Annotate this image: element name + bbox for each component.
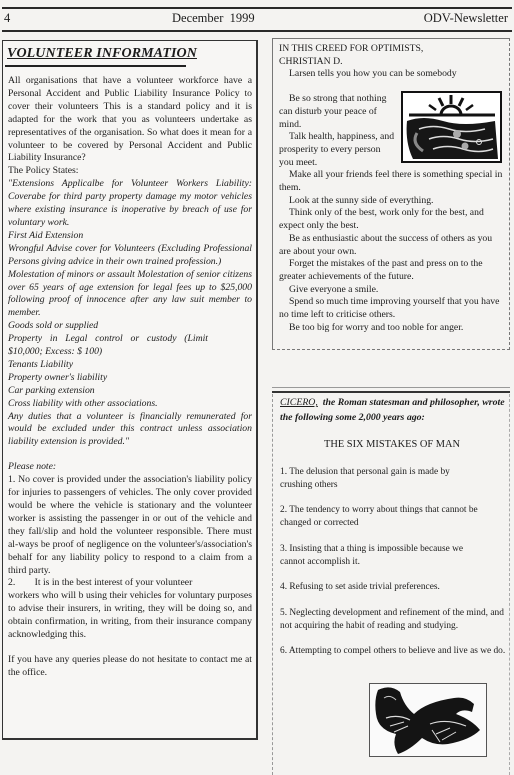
header-top-rule	[2, 7, 512, 9]
six-mistakes-title: THE SIX MISTAKES OF MAN	[273, 439, 511, 450]
header-bottom-rule	[2, 30, 512, 32]
list-item: 5. Neglecting development and refinement…	[280, 607, 505, 632]
section-divider-thin	[272, 387, 510, 388]
mistakes-list: 1. The delusion that personal gain is ma…	[280, 466, 508, 671]
please-note-label: Please note:	[8, 461, 252, 474]
sun-waves-clipart-icon	[401, 91, 502, 163]
list-item: 4. Refusing to set aside trivial prefere…	[280, 581, 508, 594]
intro-paragraph: All organisations that have a volunteer …	[8, 75, 252, 165]
creed-body: IN THIS CREED FOR OPTIMISTS, CHRISTIAN D…	[279, 43, 505, 334]
section-divider-thick	[272, 391, 510, 393]
creed-line: Think only of the best, work only for th…	[279, 207, 505, 232]
parking-text: Car parking extension	[8, 385, 252, 398]
closing-text: If you have any queries please do not he…	[8, 654, 252, 680]
creed-subheading: Larsen tells you how you can be somebody	[279, 68, 505, 81]
goods-text: Goods sold or supplied	[8, 320, 252, 333]
section-title: VOLUNTEER INFORMATION	[7, 46, 197, 62]
issue-date: December 1999	[172, 11, 255, 26]
note-2-body: workers who will b using their vehicles …	[8, 590, 252, 642]
cicero-box: CICERO, the Roman statesman and philosop…	[272, 394, 510, 775]
note-1: 1. No cover is provided under the associ…	[8, 474, 252, 577]
creed-line: Give everyone a smile.	[279, 284, 505, 297]
policy-states-label: The Policy States:	[8, 165, 252, 178]
creed-line: Be too big for worry and too noble for a…	[279, 322, 505, 335]
creed-line: Look at the sunny side of everything.	[279, 195, 505, 208]
volunteer-info-body: All organisations that have a volunteer …	[8, 75, 252, 680]
duties-text: Any duties that a volunteer is financial…	[8, 411, 252, 450]
creed-line: Talk health, happiness, and prosperity t…	[279, 131, 397, 169]
first-aid-text: First Aid Extension	[8, 230, 252, 243]
volunteer-information-box: VOLUNTEER INFORMATION All organisations …	[2, 40, 258, 740]
molestation-text: Molestation of minors or assault Molesta…	[8, 269, 252, 321]
cicero-intro: CICERO, the Roman statesman and philosop…	[280, 396, 506, 425]
owner-liability-text: Property owner's liability	[8, 372, 252, 385]
creed-line: Be as enthusiastic about the success of …	[279, 233, 505, 258]
property-legal-text: Property in Legal control or custody (Li…	[8, 333, 208, 359]
cross-liability-text: Cross liability with other associations.	[8, 398, 252, 411]
list-item: 2. The tendency to worry about things th…	[280, 504, 508, 529]
publication-name: ODV-Newsletter	[424, 11, 508, 26]
creed-line: Make all your friends feel there is some…	[279, 169, 505, 194]
tenants-text: Tenants Liability	[8, 359, 252, 372]
creed-box: IN THIS CREED FOR OPTIMISTS, CHRISTIAN D…	[272, 38, 510, 350]
cicero-name: CICERO,	[280, 397, 318, 408]
note-2-lead: 2. It is in the best interest of your vo…	[8, 577, 252, 590]
list-item: 6. Attempting to compel others to believ…	[280, 645, 508, 658]
creed-line: Spend so much time improving yourself th…	[279, 296, 505, 321]
wrongful-advise-text: Wrongful Advise cover for Volunteers (Ex…	[8, 243, 252, 269]
title-underline-rule	[5, 65, 186, 67]
creed-heading: IN THIS CREED FOR OPTIMISTS, CHRISTIAN D…	[279, 43, 449, 68]
list-item: 1. The delusion that personal gain is ma…	[280, 466, 465, 491]
page-number: 4	[4, 11, 10, 26]
list-item: 3. Insisting that a thing is impossible …	[280, 543, 480, 568]
creed-line: Be so strong that nothing can disturb yo…	[279, 93, 397, 131]
creed-line: Forget the mistakes of the past and pres…	[279, 258, 505, 283]
page-header: 4 December 1999 ODV-Newsletter	[4, 11, 508, 27]
butterfly-clipart-icon	[369, 683, 487, 757]
extensions-text: "Extensions Applicalbe for Volunteer Wor…	[8, 178, 252, 230]
